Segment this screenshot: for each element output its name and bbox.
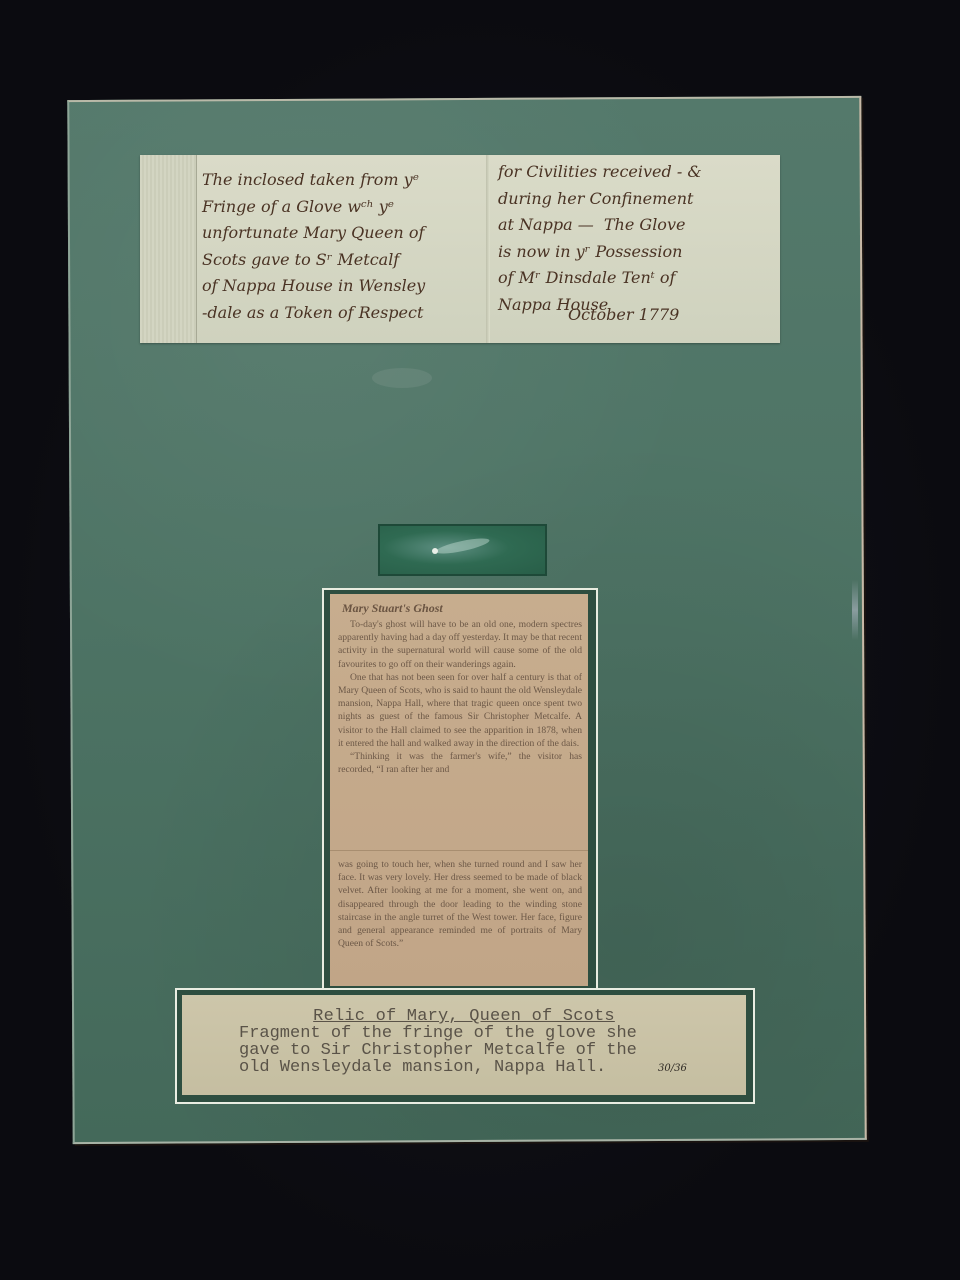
catalog-number: 30/36: [658, 1063, 687, 1074]
clipping-paragraph: “Thinking it was the farmer's wife,” the…: [338, 750, 582, 776]
manuscript-left-column: The inclosed taken from yᵉ Fringe of a G…: [202, 167, 425, 326]
clipping-headline: Mary Stuart's Ghost: [342, 602, 443, 615]
board-edge-glint: [852, 580, 858, 640]
label-description: Fragment of the fringe of the glove she …: [239, 1025, 637, 1076]
manuscript-date: October 1779: [568, 302, 679, 329]
glove-fringe-relic: [378, 524, 547, 576]
typed-label: Relic of Mary, Queen of Scots Fragment o…: [182, 995, 746, 1095]
paper-center-fold: [486, 155, 490, 343]
manuscript-right-column: for Civilities received - & during her C…: [498, 159, 702, 318]
clipping-paragraph: One that has not been seen for over half…: [338, 671, 582, 750]
clipping-continuation: was going to touch her, when she turned …: [338, 858, 582, 950]
relic-speck: [432, 548, 438, 554]
manuscript-note: The inclosed taken from yᵉ Fringe of a G…: [140, 155, 780, 343]
newspaper-clipping: Mary Stuart's Ghost To-day's ghost will …: [330, 594, 588, 986]
clipping-paragraph: was going to touch her, when she turned …: [338, 858, 582, 950]
paper-fold-strip: [140, 155, 197, 343]
clipping-body: To-day's ghost will have to be an old on…: [338, 618, 582, 776]
adhesive-stain: [372, 368, 432, 388]
relic-fiber: [435, 535, 491, 556]
clipping-paragraph: To-day's ghost will have to be an old on…: [338, 618, 582, 671]
